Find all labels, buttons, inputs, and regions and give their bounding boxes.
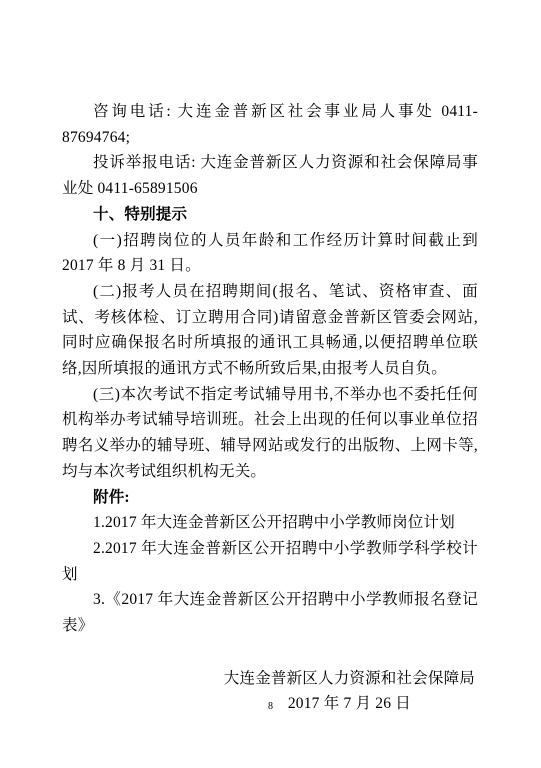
page-number: 8 [0, 701, 541, 713]
signature-organization: 大连金普新区人力资源和社会保障局 [224, 666, 475, 692]
attachment-item-2: 2.2017 年大连金普新区公开招聘中小学教师学科学校计划 [62, 536, 478, 587]
heading-attachments: 附件: [62, 485, 478, 511]
paragraph-notice-3: (三)本次考试不指定考试辅导用书,不举办也不委托任何机构举办考试辅导培训班。社会… [62, 382, 478, 485]
attachment-item-3: 3.《2017 年大连金普新区公开招聘中小学教师报名登记表》 [62, 587, 478, 638]
paragraph-notice-2: (二)报考人员在招聘期间(报名、笔试、资格审查、面试、考核体检、订立聘用合同)请… [62, 279, 478, 382]
attachment-item-1: 1.2017 年大连金普新区公开招聘中小学教师岗位计划 [62, 510, 478, 536]
paragraph-contact-phone: 咨询电话: 大连金普新区社会事业局人事处 0411-87694764; [62, 99, 478, 150]
document-page: 咨询电话: 大连金普新区社会事业局人事处 0411-87694764; 投诉举报… [0, 0, 541, 768]
document-body: 咨询电话: 大连金普新区社会事业局人事处 0411-87694764; 投诉举报… [62, 99, 478, 717]
heading-special-notice: 十、特别提示 [62, 202, 478, 228]
paragraph-complaint-phone: 投诉举报电话: 大连金普新区人力资源和社会保障局事业处 0411-6589150… [62, 150, 478, 201]
paragraph-notice-1: (一)招聘岗位的人员年龄和工作经历计算时间截止到 2017 年 8 月 31 日… [62, 228, 478, 279]
